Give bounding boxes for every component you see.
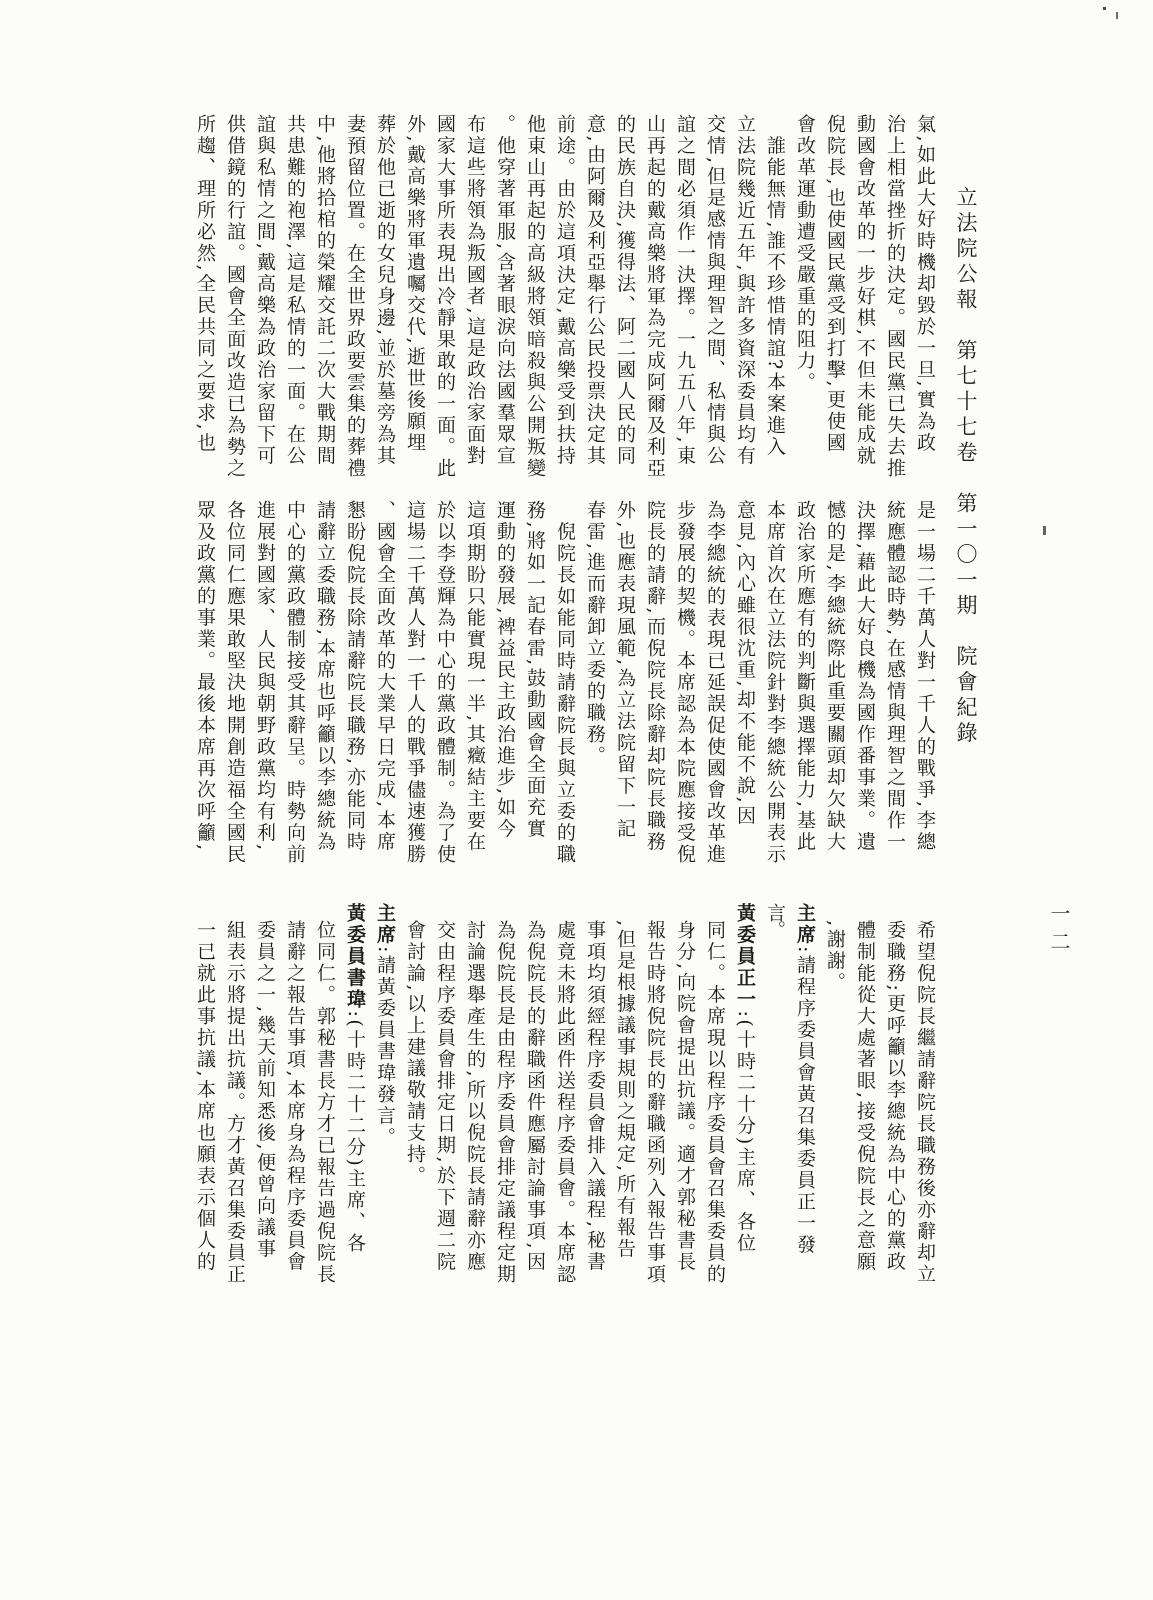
text-column: ,但是根據議事規則之規定,所有報告: [610, 920, 640, 1290]
text-column: 布這些將領為叛國者,這是政治家面對: [460, 114, 490, 484]
text-column: 交情,但是感情與理智之間、私情與公: [700, 114, 730, 484]
text-column: 身分,向院會提出抗議。適才郭秘書長: [670, 920, 700, 1290]
text-column: 本席首次在立法院針對李總統公開表示: [760, 500, 790, 870]
text-column: 治上相當挫折的決定。國民黨已失去推: [880, 114, 910, 484]
text-column: 統應體認時勢,在感情與理智之間作一: [880, 500, 910, 870]
text-column: 外,也應表現風範,為立法院留下一記: [610, 500, 640, 870]
text-column: 誰能無情,誰不珍惜情誼?本案進入: [760, 114, 790, 484]
text-column: 。他穿著軍服,含著眼淚向法國羣眾宣: [490, 114, 520, 484]
text-column: 於以李登輝為中心的黨政體制。為了使: [430, 500, 460, 870]
gazette-page: 立法院公報 第七十七卷 第一〇一期 院會紀錄 一二 氣,如此大好時機却毀於一旦,…: [0, 0, 1153, 1600]
text-column: 為倪院長的辭職函件應屬討論事項,因: [520, 920, 550, 1290]
text-column: 交由程序委員會排定日期,於下週二院: [430, 920, 460, 1290]
text-column: 是一場二千萬人對一千人的戰爭,李總: [910, 500, 940, 870]
text-column: 眾及政黨的事業。最後本席再次呼籲,: [190, 500, 220, 870]
text-column: 一已就此事抗議,本席也願表示個人的: [190, 920, 220, 1290]
text-column: 希望倪院長繼請辭院長職務後亦辭却立: [910, 920, 940, 1290]
text-column: 這項期盼只能實現一半,其癥結主要在: [460, 500, 490, 870]
text-column: 、國會全面改革的大業早日完成,本席: [370, 500, 400, 870]
text-column: 倪院長如能同時請辭院長與立委的職: [550, 500, 580, 870]
text-column: 春雷,進而辭卸立委的職務。: [580, 500, 610, 870]
text-column: 這場二千萬人對一千人的戰爭儘速獲勝: [400, 500, 430, 870]
text-column: 所趨、理所必然,全民共同之要求,也: [190, 114, 220, 484]
scan-speck: [1043, 526, 1046, 535]
text-column: 會討論,以上建議敬請支持。: [400, 920, 430, 1290]
text-column: 誼之間必須作一決擇。一九五八年,東: [670, 114, 700, 484]
text-column: 氣,如此大好時機却毀於一旦,實為政: [910, 114, 940, 484]
text-column: 決擇,藉此大好良機為國作番事業。遺: [850, 500, 880, 870]
text-column: 處竟未將此函件送程序委員會。本席認: [550, 920, 580, 1290]
text-column: 位同仁。郭秘書長方才已報告過倪院長: [310, 920, 340, 1290]
text-column: 事項均須經程序委員會排入議程,秘書: [580, 920, 610, 1290]
text-column: 葬於他已逝的女兒身邊,並於墓旁為其: [370, 114, 400, 484]
text-column: 會改革運動遭受嚴重的阻力。: [790, 114, 820, 484]
text-column: 為倪院長是由程序委員會排定議程定期: [490, 920, 520, 1290]
text-column: 國家大事所表現出冷靜果敢的一面。此: [430, 114, 460, 484]
text-column: 同仁。本席現以程序委員會召集委員的: [700, 920, 730, 1290]
text-column: 憾的是,李總統際此重要關頭却欠缺大: [820, 500, 850, 870]
text-column: 前途。由於這項決定,戴高樂受到扶持: [550, 114, 580, 484]
text-column: 黃委員正一:(十時二十分)主席、各位: [730, 903, 760, 1273]
text-column: 意,由阿爾及利亞舉行公民投票決定其: [580, 114, 610, 484]
text-column: 他東山再起的高級將領暗殺與公開叛變: [520, 114, 550, 484]
text-column: 請辭立委職務,本席也呼籲以李總統為: [310, 500, 340, 870]
text-section-middle: 是一場二千萬人對一千人的戰爭,李總統應體認時勢,在感情與理智之間作一決擇,藉此大…: [190, 500, 940, 870]
text-column: 運動的發展,裨益民主政治進步,如今: [490, 500, 520, 870]
text-column: 請辭之報告事項,本席身為程序委員會: [280, 920, 310, 1290]
text-column: 務,將如一記春雷,鼓動國會全面充實: [520, 500, 550, 870]
text-column: 主席:請黃委員書瑋發言。: [370, 903, 400, 1273]
text-section-top: 氣,如此大好時機却毀於一旦,實為政治上相當挫折的決定。國民黨已失去推動國會改革的…: [190, 114, 940, 484]
text-column: 各位同仁應果敢堅決地開創造福全國民: [220, 500, 250, 870]
text-column: 中,他將拾棺的榮耀交託二次大戰期間: [310, 114, 340, 484]
text-column: 的民族自決,獲得法、阿二國人民的同: [610, 114, 640, 484]
text-column: 主席:請程序委員會黃召集委員正一發言: [790, 903, 820, 1273]
text-column: 意見,內心雖很沈重,却不能不說,因: [730, 500, 760, 870]
speaker-name: 黃委員正一: [734, 903, 756, 1011]
text-column: 為李總統的表現已延誤促使國會改革進: [700, 500, 730, 870]
text-column: 院長的請辭,而倪院長除辭却院長職務: [640, 500, 670, 870]
text-section-bottom: 希望倪院長繼請辭院長職務後亦辭却立委職務;更呼籲以李總統為中心的黨政體制能從大處…: [190, 920, 940, 1290]
text-column: ,謝謝。: [820, 920, 850, 1290]
text-column: 黃委員書瑋:(十時二十二分)主席、各: [340, 903, 370, 1273]
text-column: 組表示將提出抗議。方才黃召集委員正: [220, 920, 250, 1290]
text-column: 委職務;更呼籲以李總統為中心的黨政: [880, 920, 910, 1290]
scan-speck: [1116, 12, 1118, 19]
text-column: 供借鏡的行誼。國會全面改造已為勢之: [220, 114, 250, 484]
text-column: 體制能從大處著眼,接受倪院長之意願: [850, 920, 880, 1290]
speaker-name: 主席: [374, 903, 396, 946]
scan-speck: [1103, 7, 1106, 10]
text-column: 委員之一,幾天前知悉後,便曾向議事: [250, 920, 280, 1290]
text-column: 懇盼倪院長除請辭院長職務,亦能同時: [340, 500, 370, 870]
text-column: 妻預留位置。在全世界政要雲集的葬禮: [340, 114, 370, 484]
text-column: 動國會改革的一步好棋,不但未能成就: [850, 114, 880, 484]
text-column: 山再起的戴高樂將軍為完成阿爾及利亞: [640, 114, 670, 484]
text-column: 中心的黨政體制接受其辭呈。時勢向前: [280, 500, 310, 870]
text-column: 誼與私情之間,戴高樂為政治家留下可: [250, 114, 280, 484]
text-column: 共患難的袍澤,這是私情的一面。在公: [280, 114, 310, 484]
text-column: 步發展的契機。本席認為本院應接受倪: [670, 500, 700, 870]
text-column: 討論選舉產生的,所以倪院長請辭亦應: [460, 920, 490, 1290]
text-column: 倪院長,也使國民黨受到打擊,更使國: [820, 114, 850, 484]
text-column: 立法院幾近五年,與許多資深委員均有: [730, 114, 760, 484]
text-column: 。: [760, 920, 790, 1290]
text-column: 進展對國家、人民與朝野政黨均有利,: [250, 500, 280, 870]
text-column: 政治家所應有的判斷與選擇能力,基此: [790, 500, 820, 870]
page-header-title: 立法院公報 第七十七卷 第一〇一期 院會紀錄: [948, 186, 984, 747]
page-number: 一二: [1042, 903, 1076, 959]
text-column: 外,戴高樂將軍遺囑交代,逝世後願埋: [400, 114, 430, 484]
speaker-name: 黃委員書瑋: [344, 903, 366, 1011]
speaker-name: 主席: [794, 903, 816, 946]
text-column: 報告時將倪院長的辭職函列入報告事項: [640, 920, 670, 1290]
